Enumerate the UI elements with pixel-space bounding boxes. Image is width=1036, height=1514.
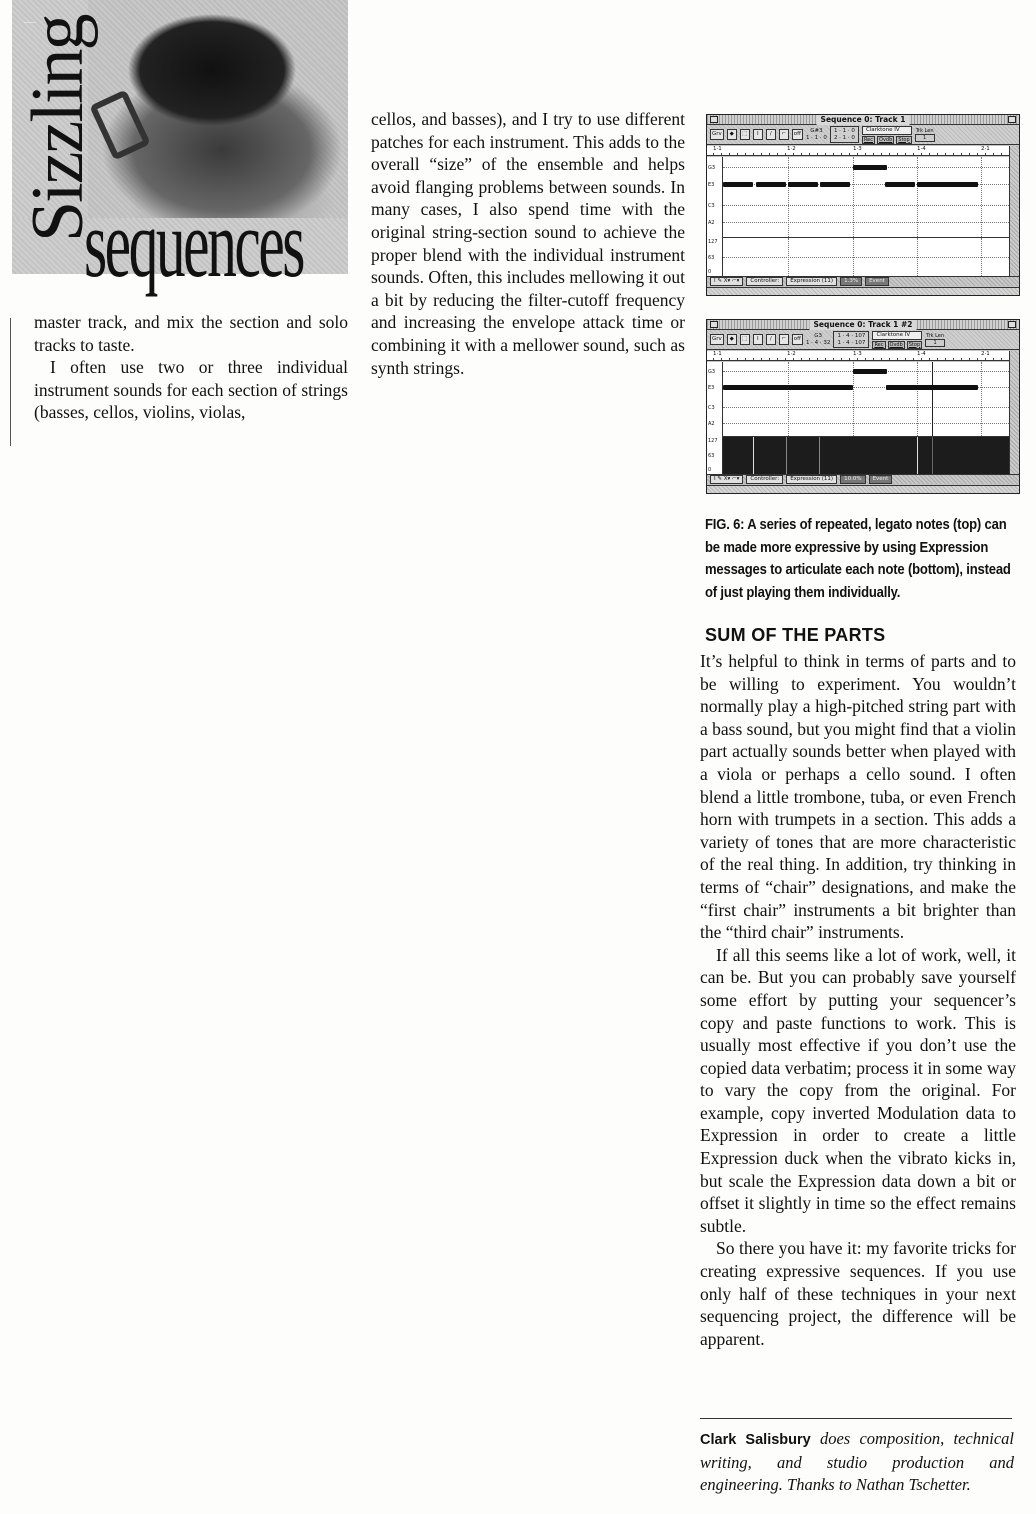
window-title: Sequence 0: Track 1	[817, 115, 910, 125]
range-readout[interactable]: 1 · 1 · 0 2 · 1 · 0	[830, 126, 859, 143]
marquee-tool-icon[interactable]: ⬚	[740, 334, 750, 345]
ctrl-label: 127	[708, 438, 718, 444]
note-event[interactable]	[723, 182, 753, 187]
sequencer-toolbar: Grv ◆ ⬚ I / ⌐ off G#3 1 · 1 · 0 1 · 1 · …	[707, 125, 1019, 145]
note-event[interactable]	[917, 182, 978, 187]
step-input-icon[interactable]: ⌐	[779, 129, 789, 140]
ctrl-label: 63	[708, 255, 714, 261]
paragraph: master track, and mix the section and so…	[34, 311, 348, 356]
note-event[interactable]	[723, 385, 853, 390]
pitch-lane-labels: G3 E3 C3 A2	[707, 362, 723, 436]
track-length: Trk Len 1	[915, 128, 935, 142]
stop-button[interactable]: Stop	[907, 341, 922, 349]
ibeam-tool-icon[interactable]: I	[753, 129, 763, 140]
overdub-button[interactable]: Ovdb	[877, 136, 894, 144]
marquee-tool-icon[interactable]: ⬚	[740, 129, 750, 140]
lane-label: A2	[708, 220, 715, 226]
controller-select[interactable]: Expression (11)	[786, 475, 837, 484]
event-button[interactable]: Event	[869, 475, 893, 484]
note-event[interactable]	[853, 369, 887, 374]
horizontal-scrollbar[interactable]	[707, 287, 1019, 295]
figure-caption: FIG. 6: A series of repeated, legato not…	[705, 514, 1017, 604]
title-artwork: — — — Sizzling sequences	[0, 0, 350, 300]
ctrl-label: 0	[708, 269, 711, 275]
lane-label: G3	[708, 165, 715, 171]
instrument-panel: Clarktone IV Rec Ovdb Stop	[872, 331, 922, 349]
split-tool-icon[interactable]: ◆	[727, 334, 737, 345]
note-position-readout: G3 1 · 4 · 32	[806, 333, 831, 347]
vertical-scrollbar[interactable]	[1009, 146, 1019, 276]
controller-label: Controller:	[746, 475, 783, 484]
note-grid[interactable]	[723, 157, 1009, 237]
off-button[interactable]: off	[792, 334, 803, 345]
timeline-ruler[interactable]: 1·1 1·2 1·3 1·4 2·1	[707, 351, 1009, 361]
rec-button[interactable]: Rec	[872, 341, 885, 349]
groove-button[interactable]: Grv	[710, 129, 724, 140]
ruler-tick: 1·4	[917, 146, 926, 152]
ctrl-label: 127	[708, 239, 718, 245]
ruler-tick: 1·2	[787, 351, 796, 357]
expression-controller-lane[interactable]	[723, 436, 1009, 474]
step-input-icon[interactable]: ⌐	[779, 334, 789, 345]
zoom-box-icon[interactable]	[1008, 321, 1016, 328]
paragraph: If all this seems like a lot of work, we…	[700, 944, 1016, 1238]
note-event[interactable]	[820, 182, 850, 187]
stop-button[interactable]: Stop	[896, 136, 911, 144]
lane-label: A2	[708, 421, 715, 427]
ruler-tick: 1·4	[917, 351, 926, 357]
sequencer-window-bottom: Sequence 0: Track 1 #2 Grv ◆ ⬚ I / ⌐ off…	[706, 319, 1020, 494]
ruler-tick: 1·1	[713, 146, 722, 152]
ruler-tick: 1·1	[713, 351, 722, 357]
note-event[interactable]	[853, 165, 887, 170]
lane-label: E3	[708, 385, 714, 391]
ruler-tick: 2·1	[981, 351, 990, 357]
paragraph: So there you have it: my favorite tricks…	[700, 1237, 1016, 1350]
playhead[interactable]	[932, 362, 933, 436]
controller-label: Controller:	[746, 277, 783, 286]
zoom-box-icon[interactable]	[1008, 116, 1016, 123]
window-titlebar[interactable]: Sequence 0: Track 1 #2	[707, 320, 1019, 330]
tool-icons[interactable]: I ✎ X▾ ⌐▾	[710, 475, 743, 484]
note-position-readout: G#3 1 · 1 · 0	[806, 128, 827, 142]
controller-bar: I ✎ X▾ ⌐▾ Controller: Expression (11) 1.…	[707, 276, 1019, 286]
sequencer-window-top: Sequence 0: Track 1 Grv ◆ ⬚ I / ⌐ off G#…	[706, 114, 1020, 296]
close-box-icon[interactable]	[710, 116, 718, 123]
ruler-minor-ticks	[713, 358, 1009, 360]
column-middle: cellos, and basses), and I try to use di…	[371, 108, 685, 379]
controller-select[interactable]: Expression (11)	[786, 277, 837, 286]
zoom-readout: 10.0%	[840, 475, 865, 484]
lane-label: G3	[708, 369, 715, 375]
instrument-panel: Clarktone IV Rec Ovdb Stop	[862, 126, 912, 144]
overdub-button[interactable]: Ovdb	[888, 341, 905, 349]
sequencer-toolbar: Grv ◆ ⬚ I / ⌐ off G3 1 · 4 · 32 1 · 4 · …	[707, 330, 1019, 350]
ruler-tick: 1·3	[853, 351, 862, 357]
note-event[interactable]	[788, 182, 818, 187]
instrument-select[interactable]: Clarktone IV	[862, 126, 912, 135]
window-title: Sequence 0: Track 1 #2	[809, 320, 916, 330]
window-titlebar[interactable]: Sequence 0: Track 1	[707, 115, 1019, 125]
note-event[interactable]	[756, 182, 786, 187]
controller-lane[interactable]	[723, 237, 1009, 276]
column-right: It’s helpful to think in terms of parts …	[700, 650, 1016, 1350]
lane-label: C3	[708, 203, 715, 209]
column-left: master track, and mix the section and so…	[34, 311, 348, 424]
track-length: Trk Len 1	[925, 333, 945, 347]
note-event[interactable]	[885, 182, 915, 187]
pitch-lane-labels: G3 E3 C3 A2	[707, 157, 723, 237]
zoom-readout: 1.3%	[840, 277, 862, 286]
controller-lane-labels: 127 63 0	[707, 436, 723, 474]
ibeam-tool-icon[interactable]: I	[753, 334, 763, 345]
ctrl-label: 63	[708, 453, 714, 459]
track-length-field[interactable]: 1	[915, 134, 935, 142]
pencil-tool-icon[interactable]: /	[766, 334, 776, 345]
author-bio: Clark Salisbury does composition, techni…	[700, 1428, 1014, 1497]
vertical-scrollbar[interactable]	[1009, 351, 1019, 474]
controller-bar: I ✎ X▾ ⌐▾ Controller: Expression (11) 10…	[707, 474, 1019, 484]
note-grid[interactable]	[723, 362, 1009, 436]
split-tool-icon[interactable]: ◆	[727, 129, 737, 140]
ruler-tick: 2·1	[981, 146, 990, 152]
ruler-tick: 1·3	[853, 146, 862, 152]
ruler-tick: 1·2	[787, 146, 796, 152]
note-event[interactable]	[886, 385, 978, 390]
track-length-field[interactable]: 1	[925, 339, 945, 347]
pencil-tool-icon[interactable]: /	[766, 129, 776, 140]
bio-divider	[700, 1418, 1012, 1419]
ruler-minor-ticks	[713, 153, 1009, 155]
title-word-horizontal: sequences	[84, 196, 303, 292]
close-box-icon[interactable]	[710, 321, 718, 328]
off-button[interactable]: off	[792, 129, 803, 140]
rec-button[interactable]: Rec	[862, 136, 875, 144]
paragraph: It’s helpful to think in terms of parts …	[700, 650, 1016, 944]
ctrl-label: 0	[708, 467, 711, 473]
lane-label: E3	[708, 182, 714, 188]
lane-label: C3	[708, 405, 715, 411]
groove-button[interactable]: Grv	[710, 334, 724, 345]
paragraph: I often use two or three individual inst…	[34, 356, 348, 424]
section-heading: SUM OF THE PARTS	[705, 625, 885, 646]
controller-lane-labels: 127 63 0	[707, 237, 723, 276]
author-name: Clark Salisbury	[700, 1432, 811, 1448]
horizontal-scrollbar[interactable]	[707, 485, 1019, 493]
range-readout[interactable]: 1 · 4 · 107 1 · 4 · 107	[833, 331, 869, 348]
margin-rule	[10, 318, 11, 446]
tool-icons[interactable]: I ✎ X▾ ⌐▾	[710, 277, 743, 286]
event-button[interactable]: Event	[865, 277, 889, 286]
timeline-ruler[interactable]: 1·1 1·2 1·3 1·4 2·1	[707, 146, 1009, 156]
paragraph: cellos, and basses), and I try to use di…	[371, 108, 685, 379]
instrument-select[interactable]: Clarktone IV	[872, 331, 922, 340]
